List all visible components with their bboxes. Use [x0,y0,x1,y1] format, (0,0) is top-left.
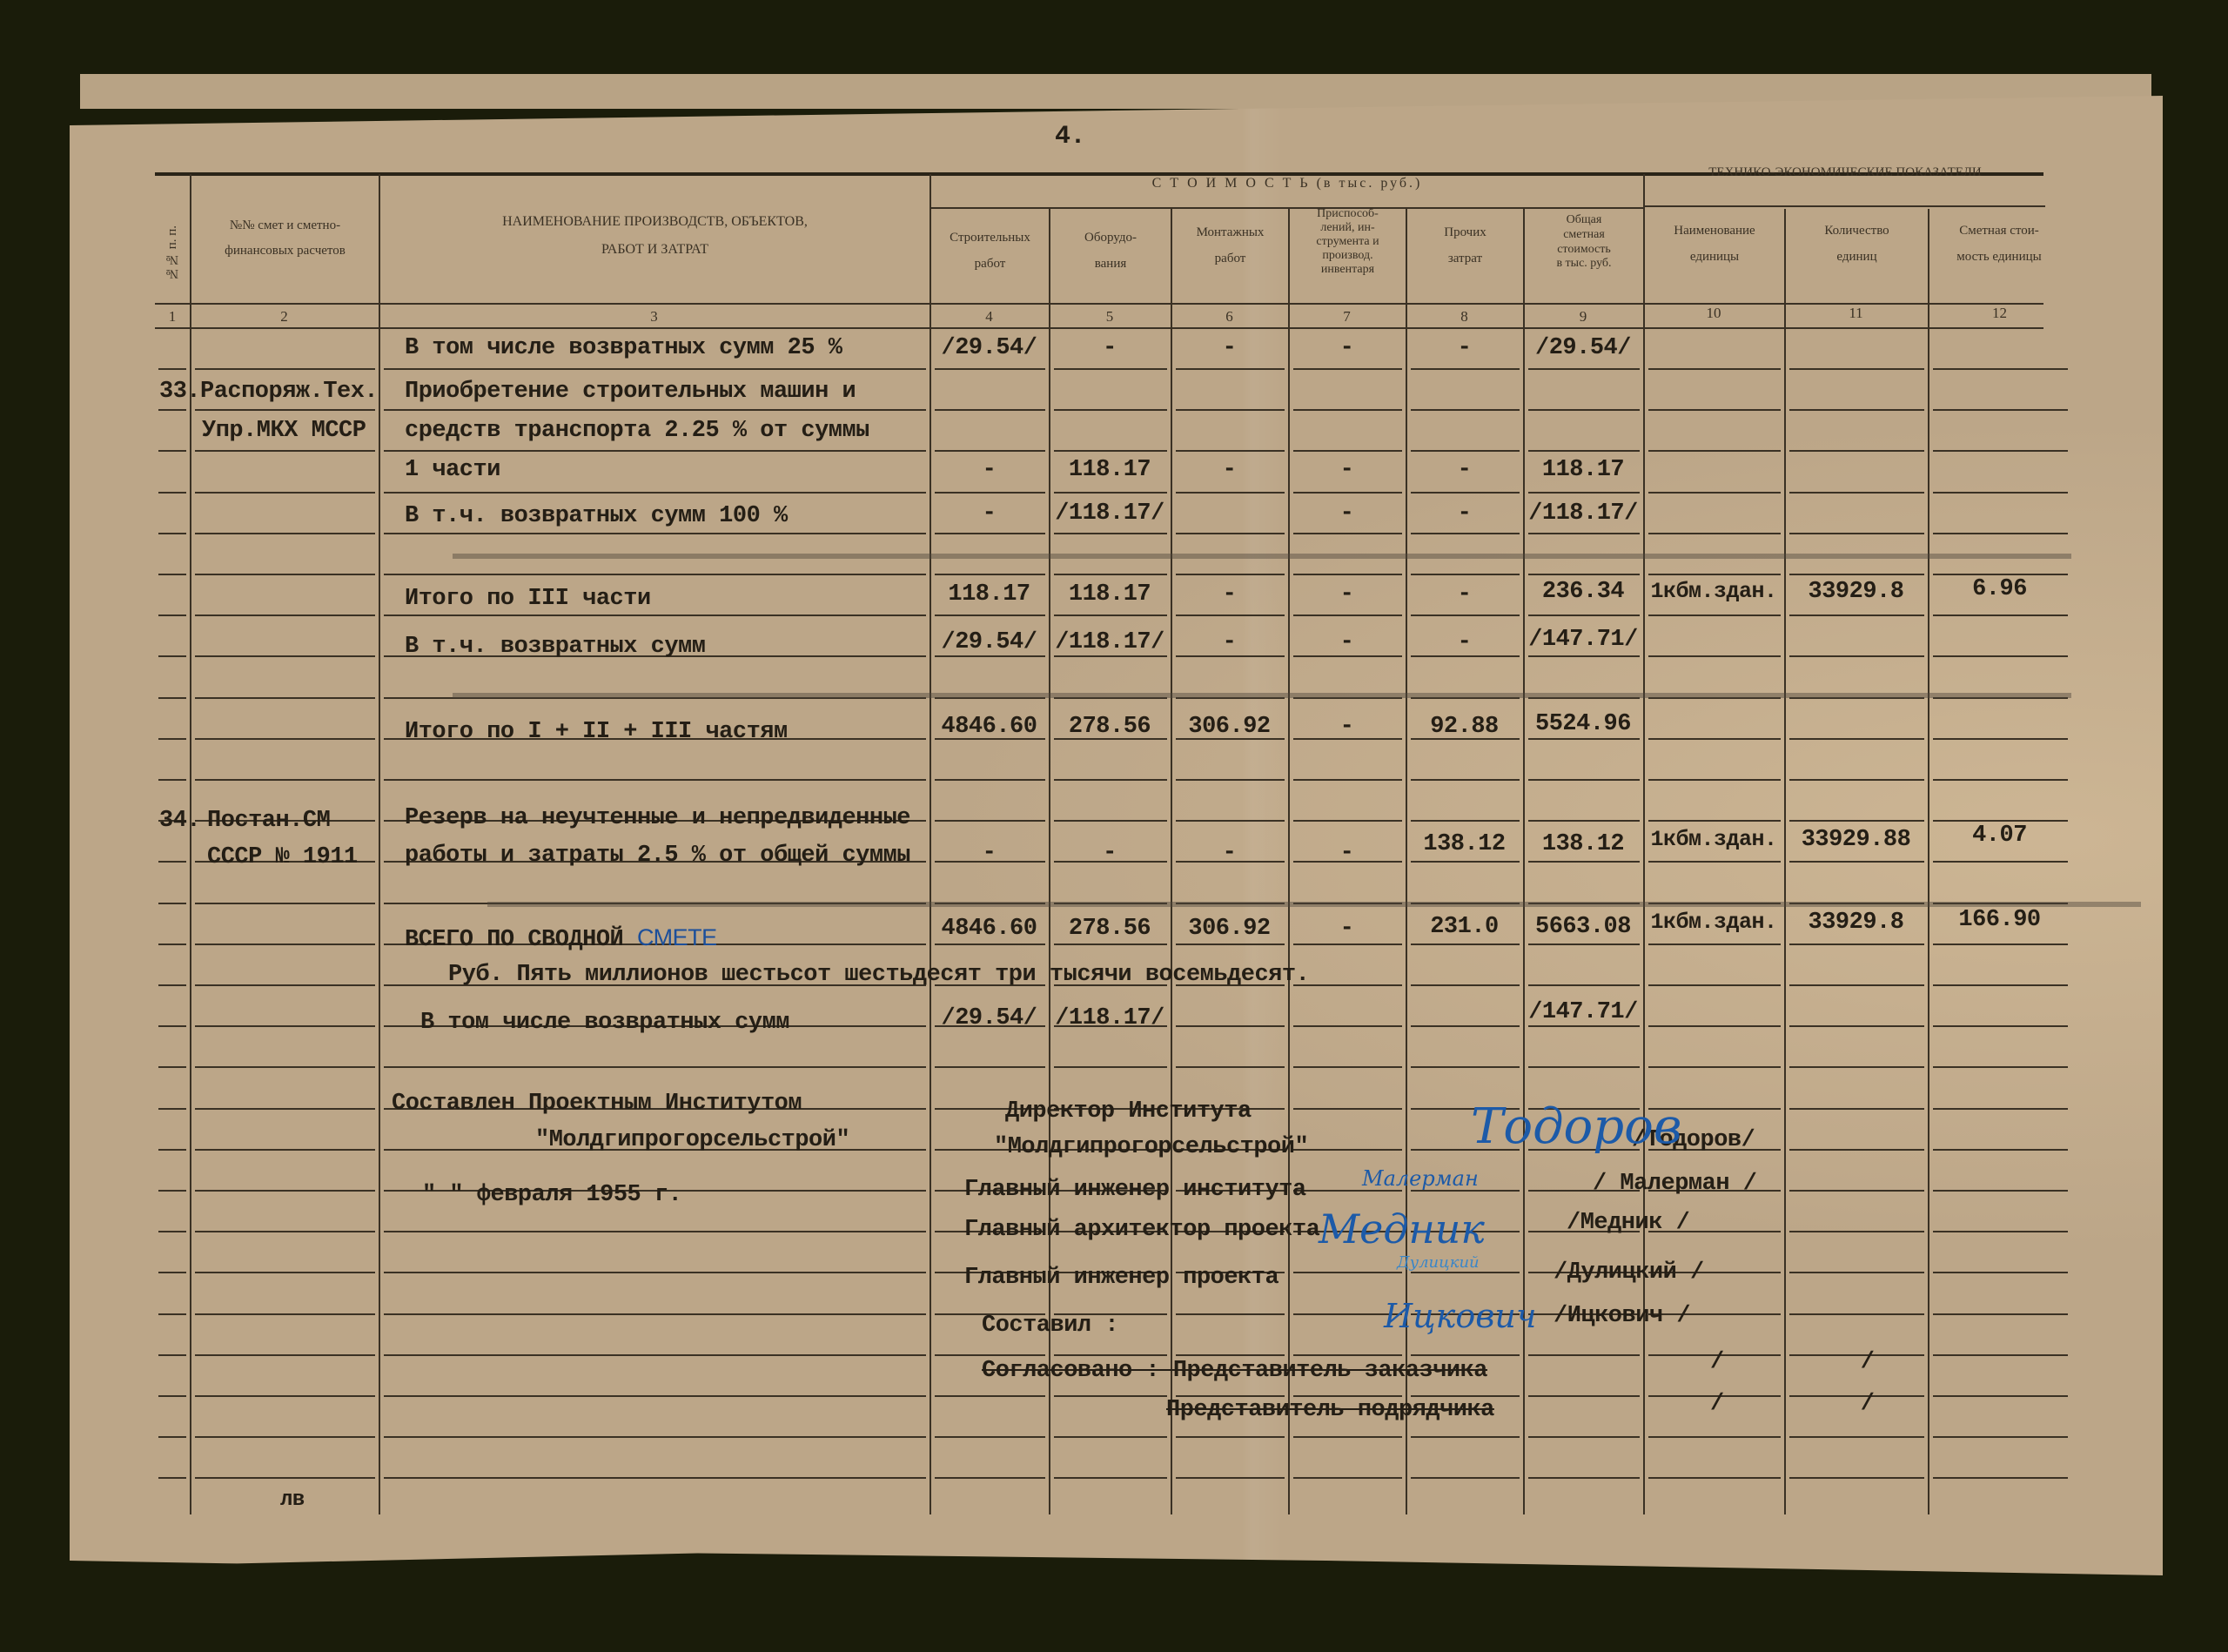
row-rule [158,492,186,494]
row-rule [1789,450,1924,452]
row-rule [1648,614,1781,616]
row-rule [1648,1025,1781,1027]
row-rule [158,861,186,863]
row-rule [1528,984,1640,986]
row-rule [1789,655,1924,657]
row-rule [1054,944,1167,945]
signature-name: / / [1710,1391,1874,1417]
row-rule [1293,1149,1402,1151]
cell-other: 231.0 [1406,914,1523,940]
row-rule [1293,779,1402,781]
row-rule [158,1354,186,1356]
row-rule [935,1477,1045,1479]
row-rule [158,655,186,657]
cell-other: - [1406,581,1523,608]
header-col-unit-cost: Сметная стои-мость единицы [1929,218,2069,270]
row-rule [1648,1477,1781,1479]
row-rule [158,1108,186,1110]
row-rule [195,614,375,616]
row-rule [1411,944,1520,945]
row-rule [1933,944,2068,945]
row-rule [1176,655,1285,657]
row-rule [1176,1313,1285,1315]
column-number: 8 [1406,308,1523,326]
header-col-installation: Монтажныхработ [1172,219,1288,272]
row-rule [1933,1477,2068,1479]
header-col-name-line1: НАИМЕНОВАНИЕ ПРОИЗВОДСТВ, ОБЪЕКТОВ, [383,209,927,235]
row-rule [1933,492,2068,494]
header-col-estimate-ref: №№ смет и сметно-финансовых расчетов [196,213,374,263]
signature-role: Составил : [982,1313,1118,1339]
cell-equipment: - [1049,840,1171,866]
row-rule [195,1395,375,1397]
row-text: 1 части [405,457,500,483]
cell-unit-name: 1кбм.здан. [1643,827,1784,852]
row-rule [384,409,926,411]
row-rule [1933,738,2068,740]
row-rule [158,1272,186,1273]
row-rule [1411,614,1520,616]
approval-customer-rep: Согласовано : Представитель заказчика [982,1358,1487,1384]
row-rule [1789,820,1924,822]
cell-other: - [1406,500,1523,527]
row-rule [158,614,186,616]
row-rule [158,1231,186,1232]
row-rule [1293,1025,1402,1027]
cell-total: 5524.96 [1523,711,1643,737]
row-rule [1528,779,1640,781]
row-rule [384,1313,926,1315]
row-rule [1528,368,1640,370]
row-rule [1648,368,1781,370]
cell-total: /29.54/ [1523,335,1643,361]
row-rule [1933,779,2068,781]
row-rule [1528,614,1640,616]
header-col-name-line2: РАБОТ И ЗАТРАТ [383,237,927,263]
cell-installation: - [1171,840,1288,866]
row-rule [1293,1354,1402,1356]
cell-equipment: /118.17/ [1049,1005,1171,1031]
row-rule [1933,1190,2068,1192]
signature-role: Директор Института [1005,1098,1252,1125]
row-rule [1293,574,1402,575]
row-rule [1293,533,1402,534]
row-rule [1176,1025,1285,1027]
row-rule [935,655,1045,657]
row-rule [158,738,186,740]
row-rule [1789,1149,1924,1151]
row-rule [1528,861,1640,863]
row-rule [1528,655,1640,657]
row-rule [195,1025,375,1027]
handwritten-correction: СМЕТЕ [637,924,717,950]
column-number: 5 [1049,308,1171,326]
row-rule [935,1066,1045,1068]
row-rule [1054,492,1167,494]
row-rule [158,1190,186,1192]
compiled-by: Составлен Проектным Институтом [392,1091,802,1117]
row-rule [935,574,1045,575]
cell-equipment: /118.17/ [1049,500,1171,527]
row-rule [1293,492,1402,494]
row-rule [1933,574,2068,575]
signature-name: /Ицкович / [1554,1303,1690,1329]
row-text: В том числе возвратных сумм 25 % [405,335,842,361]
cell-total: /147.71/ [1523,999,1643,1025]
cell-other: 92.88 [1406,714,1523,740]
row-rule [195,903,375,904]
header-col-equipment: Оборудо-вания [1050,225,1171,277]
row-rule [1933,614,2068,616]
cell-equipment: 278.56 [1049,916,1171,942]
row-rule [195,1108,375,1110]
item-number: 33. [159,379,200,405]
cell-installation: - [1171,581,1288,608]
row-rule [935,368,1045,370]
page-number: 4. [1055,122,1085,151]
row-rule [1933,1025,2068,1027]
row-rule [1293,820,1402,822]
row-rule [1176,574,1285,575]
row-rule [1293,1436,1402,1438]
row-rule [158,944,186,945]
row-rule [195,1231,375,1232]
cell-fixtures: - [1288,581,1406,608]
estimate-ref: Упр.МКХ МССР [202,418,366,444]
row-rule [195,1272,375,1273]
cell-other: - [1406,629,1523,655]
row-text: средств транспорта 2.25 % от суммы [405,418,869,444]
row-rule [1789,1477,1924,1479]
row-rule [935,944,1045,945]
row-rule [384,368,926,370]
row-rule [1411,450,1520,452]
row-rule [1789,492,1924,494]
row-rule [1789,1190,1924,1192]
cell-unit-qty: 33929.88 [1784,827,1928,853]
row-rule [158,1149,186,1151]
cell-installation: 306.92 [1171,916,1288,942]
row-rule [158,533,186,534]
row-rule [158,1395,186,1397]
row-rule [1648,655,1781,657]
row-rule [384,450,926,452]
row-rule [1528,1436,1640,1438]
row-rule [158,1477,186,1479]
col-divider-11 [1928,209,1929,1514]
cell-total: /118.17/ [1523,500,1643,527]
header-col-unit-qty: Количествоединиц [1786,218,1928,270]
cell-construction: - [929,457,1049,483]
row-rule [1176,1436,1285,1438]
cell-installation: - [1171,629,1288,655]
row-rule [1176,533,1285,534]
cell-equipment: 118.17 [1049,581,1171,608]
row-rule [195,1436,375,1438]
cell-construction: 118.17 [929,581,1049,608]
fold-line [487,902,2141,907]
fold-line [453,554,2071,559]
row-rule [195,450,375,452]
column-number: 6 [1171,308,1288,326]
row-rule [1176,1066,1285,1068]
row-rule [1411,1436,1520,1438]
row-rule [384,1477,926,1479]
row-rule [195,944,375,945]
row-rule [1528,409,1640,411]
row-rule [1933,1066,2068,1068]
cell-construction: 4846.60 [929,916,1049,942]
row-rule [1789,614,1924,616]
row-rule [1933,1313,2068,1315]
estimate-ref: Распоряж.Тех. [200,379,378,405]
row-rule [384,779,926,781]
cell-fixtures: - [1288,457,1406,483]
row-text: В том числе возвратных сумм [420,1010,789,1036]
row-rule [1933,533,2068,534]
row-rule [1054,1436,1167,1438]
row-rule [195,533,375,534]
row-rule [1789,368,1924,370]
row-rule [1648,861,1781,863]
row-rule [1648,492,1781,494]
row-rule [1789,984,1924,986]
row-rule [935,1436,1045,1438]
row-rule [1528,820,1640,822]
row-rule [1176,1477,1285,1479]
row-rule [1528,1395,1640,1397]
row-rule [195,1066,375,1068]
row-rule [1789,533,1924,534]
row-rule [1528,533,1640,534]
row-rule [1933,450,2068,452]
row-rule [1933,1395,2068,1397]
handwritten-signature: Ицкович [1384,1297,1536,1335]
row-rule [935,492,1045,494]
row-rule [1648,984,1781,986]
signature-role: "Молдгипрогорсельстрой" [994,1134,1308,1160]
cell-installation: - [1171,457,1288,483]
row-rule [1789,1108,1924,1110]
row-rule [1528,1025,1640,1027]
cell-equipment: /118.17/ [1049,629,1171,655]
row-rule [158,409,186,411]
row-rule [384,614,926,616]
cell-unit-name: 1кбм.здан. [1643,910,1784,935]
row-rule [1648,820,1781,822]
row-rule [1176,779,1285,781]
signature-role: Главный инженер института [964,1177,1306,1203]
row-rule [1176,368,1285,370]
row-rule [935,779,1045,781]
row-rule [1411,492,1520,494]
row-rule [1789,1231,1924,1232]
row-rule [1054,614,1167,616]
cell-fixtures: - [1288,916,1406,942]
cell-unit-cost: 166.90 [1928,907,2071,933]
estimate-ref: СССР № 1911 [207,844,358,870]
row-rule [1789,738,1924,740]
row-rule [1293,368,1402,370]
row-rule [1411,574,1520,575]
row-rule [1648,944,1781,945]
column-number-rule [155,327,2043,329]
row-rule [1648,574,1781,575]
row-rule [1054,1395,1167,1397]
row-rule [1933,1108,2068,1110]
row-rule [384,1436,926,1438]
header-col-construction: Строительныхработ [931,225,1049,277]
row-rule [1933,984,2068,986]
row-rule [1411,779,1520,781]
row-rule [1293,1108,1402,1110]
row-rule [1933,368,2068,370]
row-rule [1411,1066,1520,1068]
signature-role: Главный архитектор проекта [964,1217,1319,1243]
cell-construction: - [929,840,1049,866]
column-number: 10 [1643,305,1784,322]
header-col-fixtures: Приспособ-лений, ин-струмента ипроизвод.… [1290,207,1406,277]
row-rule [384,1231,926,1232]
column-number: 11 [1784,305,1928,322]
row-rule [158,1025,186,1027]
row-text: Приобретение строительных машин и [405,379,856,405]
cell-unit-name: 1кбм.здан. [1643,579,1784,604]
row-rule [195,779,375,781]
row-rule [1789,779,1924,781]
header-cost-group: С Т О И М О С Т Ь (в тыс. руб.) [931,171,1643,197]
row-rule [158,368,186,370]
estimate-ref: Постан.СМ [207,808,330,834]
row-rule [384,1066,926,1068]
row-rule [195,1477,375,1479]
row-rule [158,1313,186,1315]
row-rule [1789,1436,1924,1438]
cell-total: 118.17 [1523,457,1643,483]
row-rule [1528,574,1640,575]
col-divider-1 [190,174,191,1514]
row-rule [935,533,1045,534]
col-divider-2 [379,174,380,1514]
row-rule [935,614,1045,616]
cell-construction: 4846.60 [929,714,1049,740]
column-number: 9 [1523,308,1643,326]
row-rule [1054,1066,1167,1068]
row-text: Итого по III части [405,586,651,612]
cell-fixtures: - [1288,714,1406,740]
row-rule [384,1354,926,1356]
row-rule [1293,1477,1402,1479]
cell-fixtures: - [1288,840,1406,866]
row-rule [1411,655,1520,657]
cell-construction: /29.54/ [929,629,1049,655]
row-rule [384,533,926,534]
row-rule [1648,1436,1781,1438]
cell-total: /147.71/ [1523,627,1643,653]
column-number: 4 [929,308,1049,326]
row-rule [1933,1231,2068,1232]
cell-fixtures: - [1288,629,1406,655]
row-rule [195,1190,375,1192]
signature-name: /Дулицкий / [1554,1259,1704,1286]
row-rule [1054,1354,1167,1356]
cell-fixtures: - [1288,500,1406,527]
row-rule [1054,1477,1167,1479]
row-rule [1933,409,2068,411]
cell-installation: - [1171,335,1288,361]
row-rule [158,450,186,452]
row-rule [195,1354,375,1356]
signature-name: / Малерман / [1593,1171,1756,1197]
column-number: 2 [190,308,379,326]
compiled-date: " " февраля 1955 г. [422,1182,681,1208]
cell-fixtures: - [1288,335,1406,361]
row-rule [1528,1066,1640,1068]
cell-unit-cost: 6.96 [1928,576,2071,602]
header-col-no: №№ п. п. [155,209,190,296]
item-number: 34. [159,808,200,834]
row-rule [1054,450,1167,452]
row-rule [1176,820,1285,822]
row-rule [1528,450,1640,452]
row-rule [1293,655,1402,657]
typist-mark: лв [280,1488,305,1512]
cell-equipment: 278.56 [1049,714,1171,740]
row-rule [195,1149,375,1151]
row-rule [1054,820,1167,822]
row-text: Итого по I + II + III частям [405,719,788,745]
row-text-total: ВСЕГО ПО СВОДНОЙ СМЕТЕ [405,924,717,953]
row-rule [158,984,186,986]
header-col-other: Прочихзатрат [1407,219,1523,272]
cell-equipment: - [1049,335,1171,361]
row-rule [1648,450,1781,452]
row-rule [1176,492,1285,494]
row-rule [1054,779,1167,781]
row-rule [1789,1313,1924,1315]
row-rule [195,368,375,370]
row-rule [384,1272,926,1273]
row-rule [1648,1066,1781,1068]
row-text: работы и затраты 2.5 % от общей суммы [405,843,910,869]
row-rule [384,492,926,494]
total-in-words: Руб. Пять миллионов шестьсот шестьдесят … [448,962,1309,988]
row-rule [1411,984,1520,986]
row-text: В т.ч. возвратных сумм 100 % [405,503,788,529]
row-rule [1293,450,1402,452]
row-rule [1411,1272,1520,1273]
row-rule [1648,738,1781,740]
row-rule [195,492,375,494]
row-rule [1411,1477,1520,1479]
row-rule [1933,1149,2068,1151]
cell-total: 236.34 [1523,579,1643,605]
row-rule [158,779,186,781]
row-rule [1054,655,1167,657]
row-rule [1648,533,1781,534]
row-rule [1933,861,2068,863]
cell-construction: /29.54/ [929,335,1049,361]
row-rule [1054,409,1167,411]
signature-role: Главный инженер проекта [964,1265,1278,1291]
row-rule [1411,820,1520,822]
row-rule [1411,1025,1520,1027]
row-rule [1933,1436,2068,1438]
cell-unit-cost: 4.07 [1928,823,2071,849]
row-rule [195,984,375,986]
row-rule [935,1354,1045,1356]
row-rule [1648,779,1781,781]
